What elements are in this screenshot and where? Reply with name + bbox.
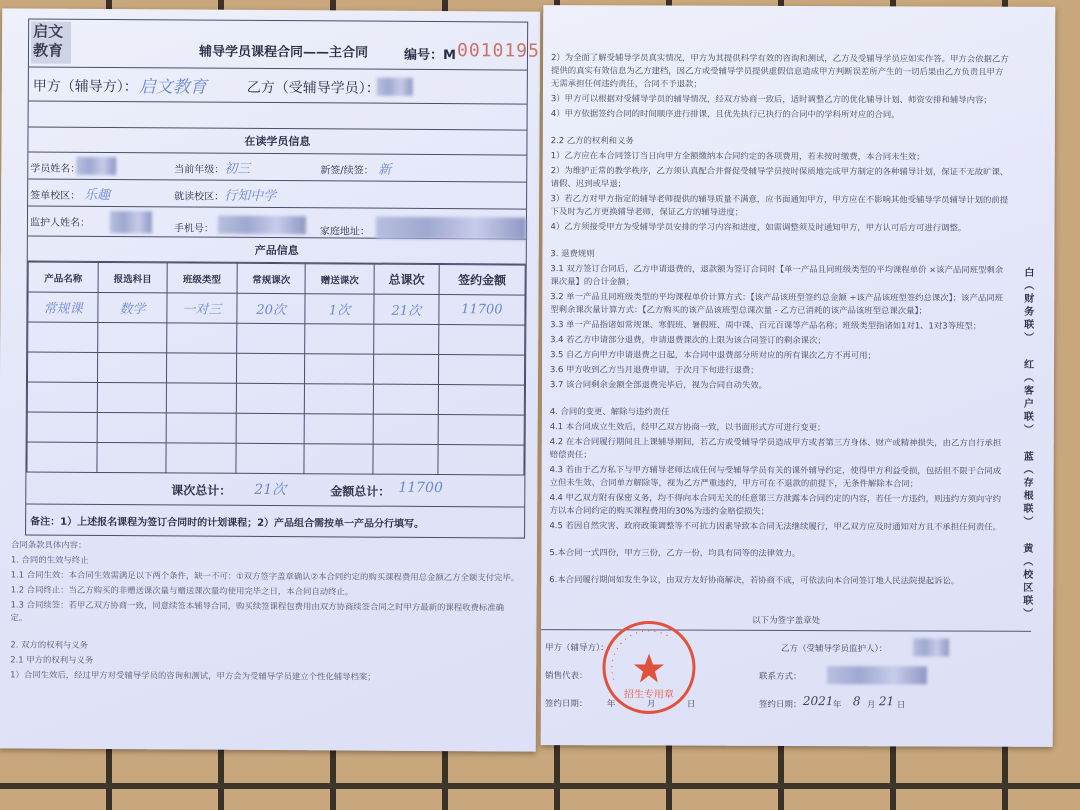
clause-text: 6.本合同履行期间如发生争议，由双方友好协商解决，若协商不成，可依法向本合同签订… [549,573,1007,588]
clause-text: 3.4 若乙方申请部分退费，申请退费课次的上限为该合同签订的剩余课次； [550,333,1008,348]
table-cell [166,443,236,473]
contract-form: 启文教育 辅导学员课程合同——主合同 编号：M 0010195 甲方（辅导方）：… [25,19,528,539]
signup-type-label: 新签/续签： [320,161,373,176]
spacer-row [29,102,527,131]
svg-text:招生专用章: 招生专用章 [624,687,674,700]
table-cell [98,352,167,382]
clause-text: 1）乙方应在本合同签订当日向甲方全额缴纳本合同约定的各项费用，若未按时缴费，本合… [551,149,1009,164]
column-header: 班级类型 [167,263,237,293]
company-seal-stamp: · · · · · · · · · · · · · · · 招生专用章 [599,617,699,717]
table-cell [236,413,305,443]
product-info-heading: 产品信息 [28,237,526,265]
signup-type-value: 新 [378,159,391,178]
sign-campus-value: 乐趣 [84,184,110,203]
student-info-heading: 在读学员信息 [28,128,526,156]
table-cell [305,324,374,354]
clause-text: 4.4 甲乙双方附有保密义务，均不得向本合同无关的任意第三方泄露本合同约定的内容… [550,491,1008,519]
clauses-right: 2）为全面了解受辅导学员真实情况，甲方为其提供科学有效的咨询和测试，乙方及受辅导… [549,51,1009,590]
clause-text: 1. 合同的生效与终止 [11,553,521,569]
sig-party-b-label: 乙方（受辅导学员监护人）： [781,642,887,654]
student-name-redacted [76,157,116,175]
study-campus-value: 行知中学 [224,185,276,204]
table-cell [28,322,98,352]
table-cell [98,322,167,352]
study-campus-label: 就读校区： [174,187,224,202]
table-cell [438,445,524,476]
table-cell [305,384,374,414]
table-cell [373,414,438,444]
table-row [27,412,524,445]
student-name-label: 学员姓名： [30,160,80,175]
product-table: 产品名称报选科目班级类型常规课次赠送课次总课次签约金额 常规课数学一对三20次1… [26,262,525,476]
sign-campus-label: 签单校区： [30,187,80,202]
party-a-value: 启文教育 [139,72,207,97]
sig-party-b-redacted [913,638,949,656]
info-row-2: 签单校区： 乐趣 就读校区： 行知中学 [28,180,526,210]
sig-date-a-label: 签约日期： [545,697,588,709]
table-cell [373,354,438,384]
table-cell [166,323,236,353]
clause-text: 3.5 自乙方向甲方申请退费之日起，本合同中退费部分所对应的所有课次乙方不再可用… [550,348,1008,363]
table-cell: 常规课 [28,292,98,322]
clause-text: 2）为维护正常的教学秩序，乙方须认真配合并督促受辅导学员按时保质地完成甲方制定的… [551,164,1009,192]
clause-text: 3.3 单一产品指诸如常规课、寒假班、暑假班、周中课、百元百课等产品名称；班级类… [550,318,1008,333]
notes: 备注：1）上述报名课程为签订合同时的计划课程；2）产品组合需按单一产品分行填写。 [26,505,524,538]
sig-date-b-day-label: 日 [897,698,906,710]
clause-text: 1）合同生效后，经过甲方对受辅导学员的咨询和测试，甲方会为受辅导学员建立个性化辅… [10,668,520,684]
clause-text: 3.6 甲方收到乙方当月退费申请，于次月下旬进行退费； [550,363,1008,378]
table-cell [27,412,97,442]
sig-sales-rep-label: 销售代表： [545,669,588,681]
table-cell [237,323,306,353]
clause-text: 5.本合同一式四份，甲方三份，乙方一份，均具有同等的法律效力。 [549,546,1007,561]
address-label: 家庭地址： [320,222,370,237]
clause-text: 2）为全面了解受辅导学员真实情况，甲方为其提供科学有效的咨询和测试，乙方及受辅导… [551,51,1009,92]
copy-label: 蓝︵存根联︶ [1019,451,1037,529]
grade-label: 当前年级： [174,160,224,175]
table-cell [373,444,438,474]
totals-row: 课次总计： 21次 金额总计： 11700 [26,473,524,508]
clause-text: 2. 双方的权利与义务 [10,638,520,654]
clause-text: 4. 合同的变更、解除与违约责任 [550,405,1008,420]
party-b-label: 乙方（受辅导学员）： [247,77,380,98]
clause-text: 3.2 单一产品且同班级类型的平均课程单价计算方式：【该产品该班型签约总金额 ÷… [550,290,1008,318]
parties-row: 甲方（辅导方）： 启文教育 乙方（受辅导学员）： [29,68,527,105]
sig-date-b-label: 签约日期： [759,698,802,710]
address-redacted [376,217,526,240]
info-row-3: 监护人姓名： 手机号： 家庭地址： [28,207,526,240]
column-header: 签约金额 [439,265,525,296]
grade-value: 初三 [224,158,250,177]
table-row [27,382,524,415]
sig-date-b-day: 21 [879,694,894,708]
clause-text: 2.1 甲方的权利与义务 [10,653,520,669]
table-cell [166,383,236,413]
sig-contact-label: 联系方式： [759,670,802,682]
table-cell: 11700 [439,295,525,326]
copy-label: 白︵财务联︶ [1020,267,1038,345]
table-cell [97,412,166,442]
sig-date-b-year: 2021 [803,694,834,708]
table-cell [166,413,236,443]
table-cell [27,352,97,382]
guardian-redacted [110,211,152,233]
table-row [27,442,524,475]
table-row: 常规课数学一对三20次1次21次11700 [28,292,525,325]
clauses-left: 合同条款具体内容：1. 合同的生效与终止1.1 合同生效：本合同生效需满足以下两… [10,538,521,686]
phone-redacted [218,216,306,235]
copy-label: 黄︵校区联︶ [1019,543,1037,621]
column-header: 报选科目 [98,262,167,292]
table-cell [438,415,524,446]
document-title: 辅导学员课程合同——主合同 [199,41,368,61]
sig-date-b-year-label: 年 [833,698,842,710]
table-cell: 21次 [374,294,439,324]
serial-label: 编号：M [404,44,456,63]
table-cell [305,354,374,384]
clause-text: 3.1 双方签订合同后，乙方申请退费的，退款额为签订合同时【单一产品且同班级类型… [550,262,1008,290]
clause-text: 4）甲方依据签约合同的时间顺序进行排课，且优先执行已执行的合同中的学科所对应的合… [551,107,1009,122]
table-cell [97,442,166,472]
clause-text: 4.1 本合同成立生效后，经甲乙双方协商一致，以书面形式方可进行变更； [550,420,1008,435]
clause-text: 4）乙方须接受甲方为受辅导学员安排的学习内容和进度，如需调整须及时通知甲方，甲方… [550,220,1008,235]
clause-text: 合同条款具体内容： [11,538,521,554]
table-cell [304,444,373,474]
total-amount-value: 11700 [398,480,443,496]
table-row [28,322,525,355]
table-cell: 数学 [98,292,167,322]
serial-number: 0010195 [457,40,540,62]
clause-text: 2.2 乙方的权利和义务 [551,134,1009,149]
title-row: 启文教育 辅导学员课程合同——主合同 编号：M 0010195 [29,20,527,71]
column-header: 赠送课次 [305,264,374,294]
table-cell [166,353,236,383]
info-row-1: 学员姓名： 当前年级： 初三 新签/续签： 新 [28,153,526,183]
company-logo: 启文教育 [31,22,71,64]
copy-label: 红︵客户联︶ [1020,359,1038,437]
table-cell: 一对三 [167,293,237,323]
phone-label: 手机号： [174,219,214,234]
sig-date-b-month-label: 月 [867,698,876,710]
table-cell: 20次 [237,293,306,323]
sig-contact-redacted [827,666,927,684]
total-sessions-label: 课次总计： [171,481,231,498]
column-header: 产品名称 [28,262,98,292]
table-cell [27,442,97,472]
table-cell [98,382,167,412]
contract-page-back: 2）为全面了解受辅导学员真实情况，甲方为其提供科学有效的咨询和测试，乙方及受辅导… [541,5,1056,747]
table-cell [236,443,305,473]
clause-text: 1.2 合同终止：当乙方购买的非赠送课次量与赠送课次量均使用完毕之日，本合同自动… [11,583,521,599]
mat-strip [0,783,1080,789]
clause-text: 4.5 若因自然灾害、政府政策调整等不可抗力因素导致本合同无法继续履行，甲乙双方… [549,519,1007,534]
contract-page-front: 启文教育 辅导学员课程合同——主合同 编号：M 0010195 甲方（辅导方）：… [0,8,540,751]
table-cell [236,383,305,413]
clause-text: 4.3 若由于乙方私下与甲方辅导老师达成任何与受辅导学员有关的课外辅导约定，使得… [550,463,1008,491]
total-sessions-value: 21次 [254,479,286,499]
table-cell [236,353,305,383]
table-cell [305,414,374,444]
clause-text: 3. 退费规则 [550,247,1008,262]
clause-text: 4.2 在本合同履行期间且上课辅导期间，若乙方或受辅导学员造成甲方或者第三方身体… [550,435,1008,463]
clause-text: 3）甲方可以根据对受辅导学员的辅导情况，经双方协商一致后，适时调整乙方的优化辅导… [551,92,1009,107]
clause-text: 3）若乙方对甲方指定的辅导老师提供的辅导质量不满意，应书面通知甲方，甲方应在不影… [551,192,1009,220]
table-cell: 1次 [305,294,374,324]
clause-text: 1.3 合同续签：若甲乙双方协商一致，同意续签本辅导合同，购买续签课程包费用由双… [11,598,521,627]
column-header: 总课次 [374,264,439,294]
table-cell [27,382,97,412]
clause-text: 3.7 该合同剩余金额全部退费完毕后，视为合同自动失效。 [550,378,1008,393]
table-cell [439,325,525,356]
table-cell [438,385,524,416]
table-row [27,352,524,385]
table-cell [373,384,438,414]
total-amount-label: 金额总计： [330,482,390,499]
party-a-label: 甲方（辅导方）： [33,76,138,97]
party-b-redacted [377,78,413,96]
clause-text: 1.1 合同生效：本合同生效需满足以下两个条件，缺一不可：①双方签字盖章确认②本… [11,568,521,584]
column-header: 常规课次 [237,263,306,293]
guardian-label: 监护人姓名： [30,214,90,229]
table-cell [438,355,524,386]
table-cell [374,324,439,354]
copy-color-labels: 白︵财务联︶红︵客户联︶蓝︵存根联︶黄︵校区联︶ [1019,267,1038,635]
sig-date-b-month: 8 [853,694,861,708]
